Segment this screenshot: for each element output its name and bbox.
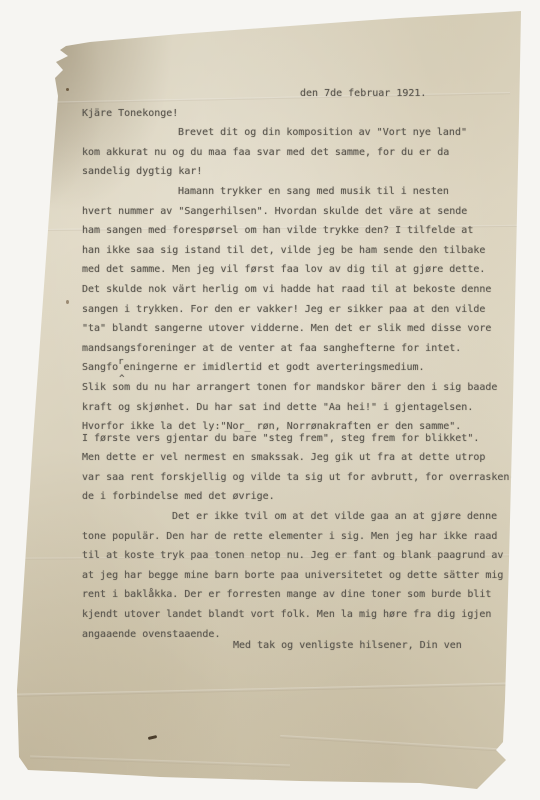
- letter-paper: den 7de februar 1921.Kjäre Tonekonge!Bre…: [0, 0, 540, 800]
- letter-line: den 7de februar 1921.: [82, 84, 522, 104]
- letter-line: I første vers gjentar du bare "steg frem…: [82, 429, 522, 449]
- letter-line: kjendt utover landet blandt vort folk. M…: [82, 605, 522, 625]
- letter-line: at jeg har begge mine barn borte paa uni…: [82, 566, 522, 586]
- letter-line: kraft og skjønhet. Du har sat ind dette …: [82, 398, 522, 418]
- letter-line: med det samme. Men jeg vil først faa lov…: [82, 260, 522, 280]
- letter-line: tone populär. Den har de rette elementer…: [82, 527, 522, 547]
- typed-insertion: r^: [118, 357, 123, 367]
- letter-line: rent i baklåkka. Der er forresten mange …: [82, 585, 522, 605]
- letter-line: Kjäre Tonekonge!: [82, 104, 522, 124]
- letter-line: hvert nummer av "Sangerhilsen". Hvordan …: [82, 202, 522, 222]
- letter-line: kom akkurat nu og du maa faa svar med de…: [82, 143, 522, 163]
- scan-background: den 7de februar 1921.Kjäre Tonekonge!Bre…: [0, 0, 540, 800]
- letter-line: til at koste tryk paa tonen netop nu. Je…: [82, 546, 522, 566]
- letter-body: den 7de februar 1921.Kjäre Tonekonge!Bre…: [82, 84, 522, 656]
- letter-line: ham sangen med forespørsel om han vilde …: [82, 221, 522, 241]
- letter-line: mandsangsforeninger at de venter at faa …: [82, 339, 522, 359]
- paper-speck: [66, 300, 69, 304]
- letter-line: sandelig dygtig kar!: [82, 162, 522, 182]
- letter-line: sangen i trykken. For den er vakker! Jeg…: [82, 300, 522, 320]
- letter-text: Sangfo: [82, 362, 118, 373]
- paper-speck: [148, 735, 157, 740]
- letter-line: Sangfor^eningerne er imidlertid et godt …: [82, 358, 522, 378]
- paper-speck: [66, 88, 69, 91]
- letter-line: de i forbindelse med det øvrige.: [82, 487, 522, 507]
- letter-line: var saa rent forskjellig og vilde ta sig…: [82, 468, 522, 488]
- paper-crease: [280, 735, 510, 752]
- paper-crease: [15, 682, 525, 697]
- letter-line: Det skulde nok värt herlig om vi hadde h…: [82, 280, 522, 300]
- caret-mark: ^: [119, 370, 124, 390]
- letter-text: eningerne er imidlertid et godt averteri…: [124, 362, 425, 373]
- letter-line: Hamann trykker en sang med musik til i n…: [82, 182, 522, 202]
- letter-line: Slik som du nu har arrangert tonen for m…: [82, 378, 522, 398]
- letter-line: "ta" blandt sangerne utover vidderne. Me…: [82, 319, 522, 339]
- paper-crease: [30, 755, 290, 767]
- letter-line: Det er ikke tvil om at det vilde gaa an …: [82, 507, 522, 527]
- letter-line: han ikke saa sig istand til det, vilde j…: [82, 241, 522, 261]
- letter-line: Brevet dit og din komposition av "Vort n…: [82, 123, 522, 143]
- letter-line: Men dette er vel nermest en smakssak. Je…: [82, 448, 522, 468]
